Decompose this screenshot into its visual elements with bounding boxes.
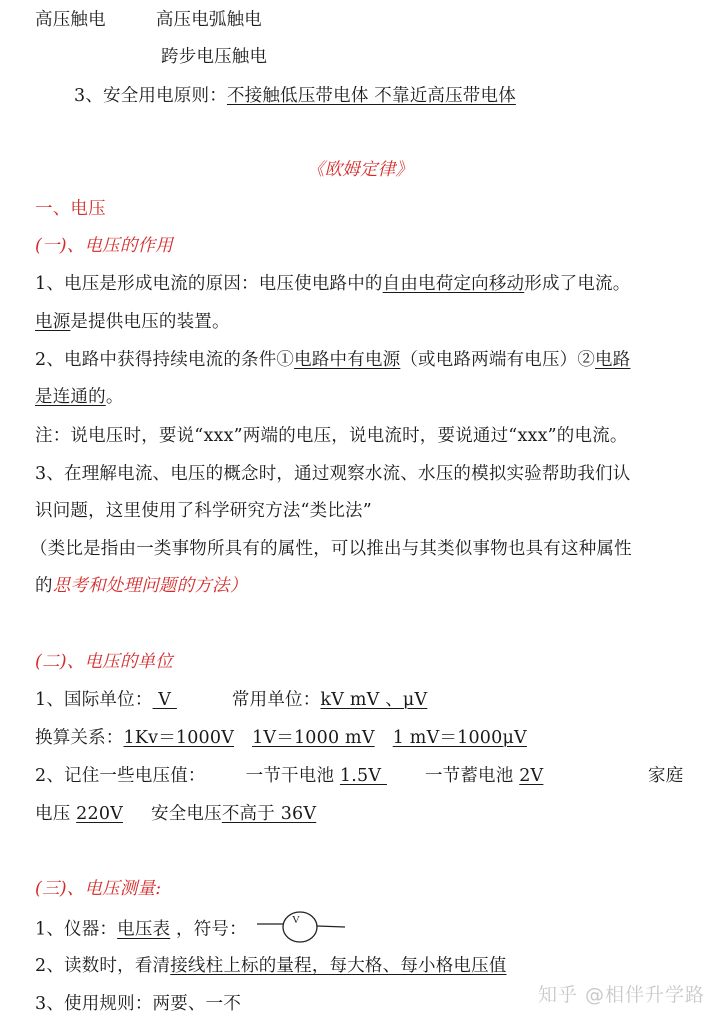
battery-value: 2V (519, 766, 543, 786)
dry-cell-value: 1.5V (340, 766, 387, 786)
section-title: 一、电压 (35, 198, 106, 220)
paragraph-1-cont: 电源是提供电压的装置。 (35, 311, 230, 333)
highlighted-method: 思考和处理问题的方法） (53, 576, 248, 596)
paragraph-3: 3、在理解电流、电压的概念时，通过观察水流、水压的模拟实验帮助我们认 (35, 463, 630, 485)
text: 电压 (35, 804, 70, 824)
text: 1、仪器： (35, 920, 117, 940)
analogy-line: （类比是指由一类事物所具有的属性，可以推出与其类似事物也具有这种属性 (30, 538, 632, 560)
instrument-name: 电压表 (117, 920, 170, 940)
conversion-line: 换算关系：1Kv＝1000V1V＝1000 mV1 mV＝1000μV (35, 727, 527, 749)
chapter-title: 《欧姆定律》 (0, 159, 720, 181)
text: 换算关系： (35, 728, 124, 748)
units-line: 1、国际单位： V 常用单位：kV mV 、μV (35, 689, 427, 711)
svg-text:V: V (292, 914, 300, 926)
text: 一节干电池 (246, 766, 335, 786)
paragraph-2: 2、电路中获得持续电流的条件①电路中有电源（或电路两端有电压）②电路 (35, 349, 630, 371)
safe-voltage-value: 不高于 36V (222, 804, 316, 824)
subsection-1-title: (一)、电压的作用 (35, 235, 173, 257)
hv-arc-text: 高压电弧触电 (156, 10, 262, 30)
reading-line: 2、读数时，看清接线柱上标的量程，每大格、每小格电压值 (35, 955, 507, 977)
voltage-values-cont: 电压 220V安全电压不高于 36V (35, 803, 316, 825)
text: 2、记住一些电压值： (35, 766, 206, 786)
text: 2、电路中获得持续电流的条件① (35, 350, 294, 370)
conversion-1: 1Kv＝1000V (124, 728, 235, 748)
usage-rules-line: 3、使用规则：两要、一不 (35, 993, 241, 1015)
si-unit: V (153, 690, 177, 710)
underlined-term: 自由电荷定向移动 (383, 274, 525, 294)
text: 形成了电流。 (524, 274, 630, 294)
text: 1、国际单位： (35, 690, 153, 710)
underlined-term: 是连通的 (35, 387, 106, 407)
conversion-3: 1 mV＝1000μV (393, 728, 527, 748)
underlined-term: 电路 (595, 350, 630, 370)
safety-rule: 不接触低压带电体 不靠近高压带电体 (227, 86, 516, 106)
instrument-line: 1、仪器：电压表 ，符号： V (35, 916, 347, 944)
text: ，符号： (176, 920, 247, 940)
step-voltage-text: 跨步电压触电 (161, 46, 267, 68)
intro-line-1: 高压触电高压电弧触电 (35, 9, 262, 31)
analogy-line-cont: 的思考和处理问题的方法） (35, 575, 247, 597)
high-voltage-label: 高压触电 (35, 10, 106, 30)
text: 家庭 (648, 765, 683, 787)
reading-tip: 接线柱上标的量程，每大格、每小格电压值 (170, 956, 506, 976)
text: 。 (106, 387, 124, 407)
voltmeter-symbol-icon: V (257, 910, 347, 944)
text: 安全电压 (151, 804, 222, 824)
underlined-term: 电路中有电源 (294, 350, 400, 370)
text: 1、电压是形成电流的原因：电压使电路中的 (35, 274, 383, 294)
subsection-2-title: (二)、电压的单位 (35, 651, 173, 673)
text: 的 (35, 576, 53, 596)
conversion-2: 1V＝1000 mV (252, 728, 375, 748)
safety-prefix: 3、安全用电原则： (74, 86, 227, 106)
common-units: kV mV 、μV (320, 690, 427, 710)
text: 2、读数时，看清 (35, 956, 170, 976)
text: （或电路两端有电压）② (400, 350, 595, 370)
watermark: 知乎 @相伴升学路 (538, 980, 705, 1007)
paragraph-1: 1、电压是形成电流的原因：电压使电路中的自由电荷定向移动形成了电流。 (35, 273, 630, 295)
paragraph-3-cont: 识问题，这里使用了科学研究方法“类比法” (35, 500, 372, 522)
text: 是提供电压的装置。 (70, 312, 229, 332)
household-value: 220V (76, 804, 123, 824)
subsection-3-title: (三)、电压测量: (35, 878, 161, 900)
underlined-term: 电源 (35, 312, 70, 332)
text: 一节蓄电池 (425, 766, 514, 786)
voltage-values-line: 2、记住一些电压值：一节干电池 1.5V 一节蓄电池 2V家庭 (35, 765, 685, 787)
text: 常用单位： (232, 690, 321, 710)
note-line: 注：说电压时，要说“xxx”两端的电压，说电流时，要说通过“xxx”的电流。 (35, 425, 628, 447)
paragraph-2-cont: 是连通的。 (35, 386, 124, 408)
safety-rule-line: 3、安全用电原则：不接触低压带电体 不靠近高压带电体 (74, 85, 516, 107)
